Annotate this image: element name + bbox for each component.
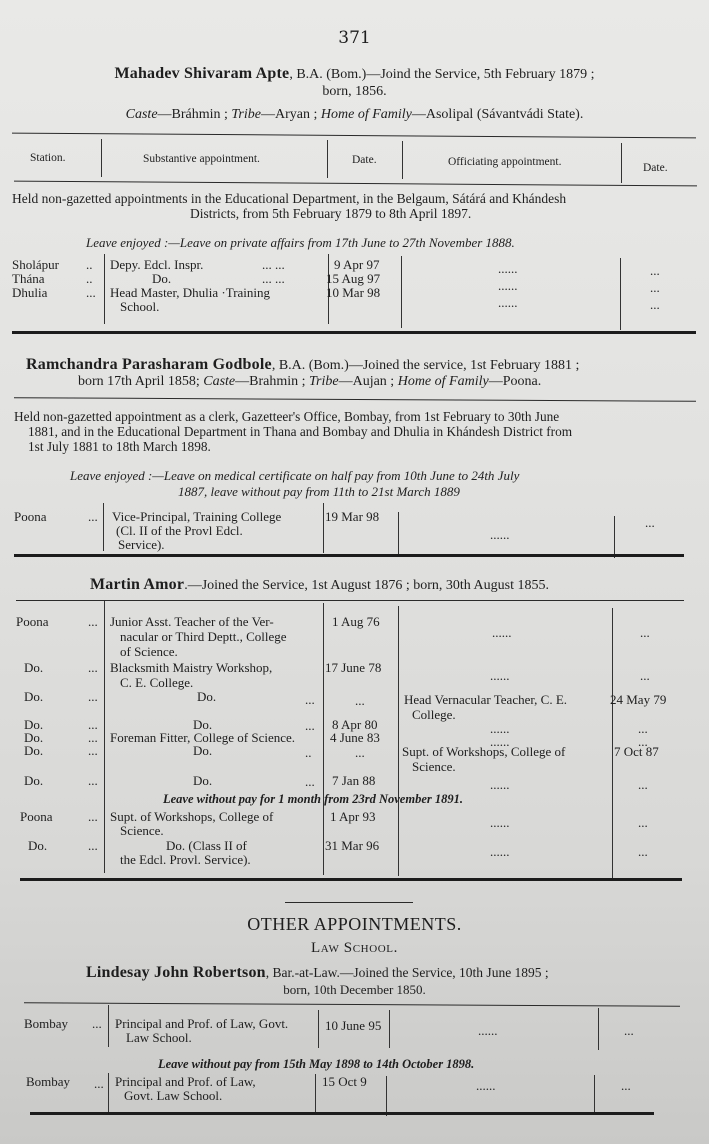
apte-born: born, 1856. [0,84,709,100]
col-divider [620,258,621,330]
header-rule-bottom [14,181,697,187]
apte-note: Held non-gazetted appointments in the Ed… [12,192,566,206]
godbole-heading: Ramchandra Parasharam Godbole, B.A. (Bom… [26,356,579,374]
col-divider [614,516,615,558]
other-appointments-title: OTHER APPOINTMENTS. [0,914,709,935]
col-divider [103,503,104,551]
robertson-name: Lindesay John Robertson [86,964,266,981]
col-divider [389,1010,390,1048]
col-divider [402,141,403,179]
col-divider [323,503,324,553]
godbole-caste-line: born 17th April 1858; Caste—Brahmin ; Tr… [78,374,541,390]
godbole-note: 1881, and in the Educational Department … [28,425,572,439]
col-divider [594,1075,595,1115]
col-substantive: Substantive appointment. [143,153,260,165]
col-divider [104,601,105,873]
section-rule [30,1112,654,1115]
robertson-heading: Lindesay John Robertson, Bar.-at-Law.—Jo… [86,964,549,982]
col-divider [104,254,105,324]
col-divider [101,139,102,177]
godbole-name: Ramchandra Parasharam Godbole [26,356,272,373]
short-rule [285,902,413,903]
col-divider [398,606,399,876]
col-divider [621,143,622,183]
col-station: Station. [30,152,65,164]
col-divider [327,140,328,178]
section-rule [16,600,684,601]
amor-name: Martin Amor [90,576,184,593]
col-divider [401,256,402,328]
amor-leave: Leave without pay for 1 month from 23rd … [163,792,463,806]
col-date: Date. [352,154,377,166]
amor-heading: Martin Amor.—Joined the Service, 1st Aug… [90,576,549,594]
godbole-note: Held non-gazetted appointment as a clerk… [14,410,559,424]
section-rule [12,331,696,334]
robertson-leave: Leave without pay from 15th May 1898 to … [158,1057,474,1071]
apte-name: Mahadev Shivaram Apte [114,65,289,82]
col-officiating: Officiating appointment. [448,156,561,168]
col-divider [598,1008,599,1050]
section-rule [14,554,684,557]
godbole-note: 1st July 1881 to 18th March 1898. [28,440,211,454]
col-divider [318,1010,319,1048]
apte-caste-line: Caste—Bráhmin ; Tribe—Aryan ; Home of Fa… [0,107,709,123]
apte-heading: Mahadev Shivaram Apte, B.A. (Bom.)—Joind… [0,65,709,83]
col-date2: Date. [643,162,668,174]
document-page: 371 Mahadev Shivaram Apte, B.A. (Bom.)—J… [0,0,709,1144]
col-divider [108,1073,109,1115]
godbole-leave: Leave enjoyed :—Leave on medical certifi… [70,469,519,483]
col-divider [386,1076,387,1116]
apte-leave: Leave enjoyed :—Leave on private affairs… [86,236,515,250]
header-rule-top [12,133,696,139]
col-divider [612,608,613,878]
godbole-leave: 1887, leave without pay from 11th to 21s… [178,485,460,499]
law-school-subtitle: Law School. [0,940,709,957]
robertson-born: born, 10th December 1850. [0,982,709,998]
col-divider [323,603,324,875]
page-number: 371 [0,28,709,48]
section-rule [14,397,696,402]
section-rule [24,1002,680,1006]
col-divider [108,1005,109,1047]
col-divider [398,512,399,556]
col-divider [315,1074,316,1114]
apte-note: Districts, from 5th February 1879 to 8th… [190,207,471,221]
section-rule [20,878,682,881]
